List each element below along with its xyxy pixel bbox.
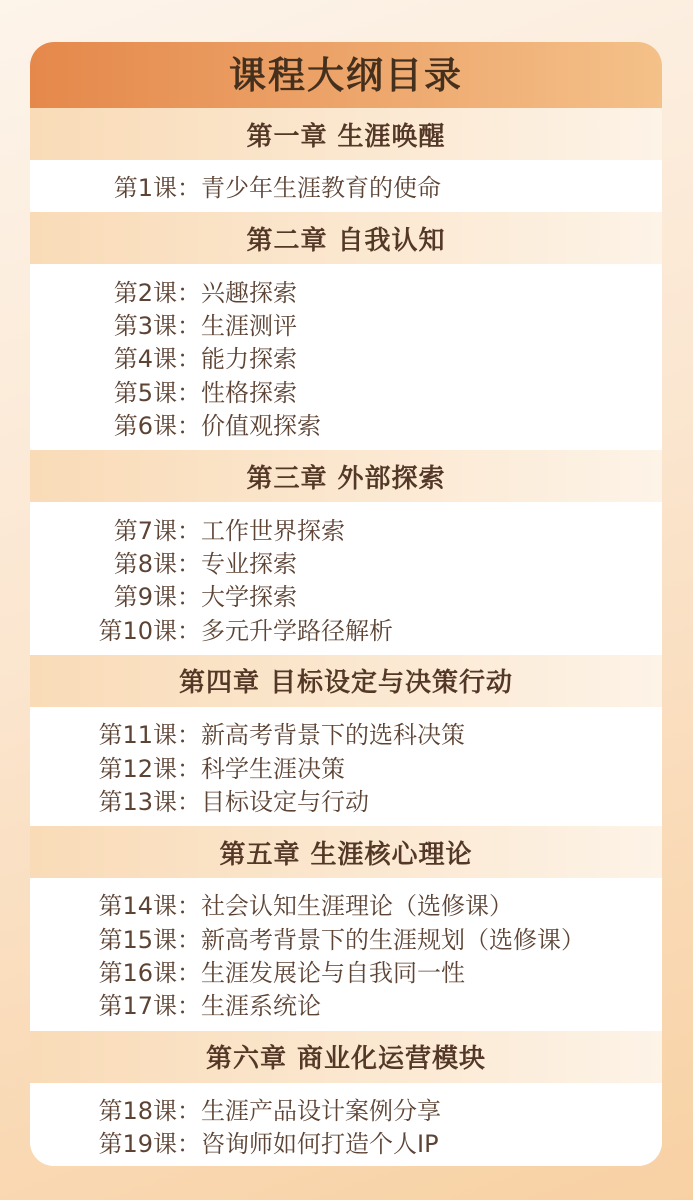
lesson-title: 科学生涯决策 [201, 749, 662, 784]
lesson-item: 第6课： 价值观探索 [30, 407, 662, 440]
lesson-title: 能力探索 [201, 339, 662, 374]
page-background: { "title": "课程大纲目录", "colors": { "page_b… [0, 0, 693, 1200]
lesson-title: 兴趣探索 [201, 273, 662, 308]
lesson-item: 第4课： 能力探索 [30, 340, 662, 373]
lesson-item: 第11课： 新高考背景下的选科决策 [30, 716, 662, 749]
lesson-item: 第9课： 大学探索 [30, 578, 662, 611]
lesson-title: 专业探索 [201, 544, 662, 579]
lesson-number: 第19课： [30, 1124, 201, 1159]
chapter-heading: 第一章 生涯唤醒 [30, 108, 662, 160]
lesson-item: 第13课： 目标设定与行动 [30, 783, 662, 816]
lesson-item: 第3课： 生涯测评 [30, 307, 662, 340]
card-title-banner: 课程大纲目录 [30, 42, 662, 108]
chapter-heading: 第六章 商业化运营模块 [30, 1031, 662, 1083]
lesson-number: 第6课： [30, 406, 201, 441]
chapter-section: 第三章 外部探索 第7课： 工作世界探索 第8课： 专业探索 第9课： 大学探索… [30, 450, 662, 655]
lesson-title: 生涯测评 [201, 306, 662, 341]
lesson-title: 性格探索 [201, 373, 662, 408]
chapter-section: 第五章 生涯核心理论 第14课： 社会认知生涯理论（选修课） 第15课： 新高考… [30, 826, 662, 1031]
lesson-list: 第18课： 生涯产品设计案例分享 第19课： 咨询师如何打造个人IP [30, 1083, 662, 1166]
lesson-item: 第15课： 新高考背景下的生涯规划（选修课） [30, 920, 662, 953]
lesson-number: 第12课： [30, 749, 201, 784]
chapter-list: 第一章 生涯唤醒 第1课： 青少年生涯教育的使命 第二章 自我认知 第2课： 兴… [30, 108, 662, 1166]
lesson-number: 第11课： [30, 715, 201, 750]
lesson-number: 第4课： [30, 339, 201, 374]
lesson-number: 第15课： [30, 920, 201, 955]
lesson-item: 第12课： 科学生涯决策 [30, 749, 662, 782]
lesson-number: 第13课： [30, 782, 201, 817]
chapter-heading: 第二章 自我认知 [30, 212, 662, 264]
lesson-number: 第7课： [30, 511, 201, 546]
chapter-heading: 第五章 生涯核心理论 [30, 826, 662, 878]
lesson-number: 第5课： [30, 373, 201, 408]
lesson-item: 第10课： 多元升学路径解析 [30, 612, 662, 645]
lesson-list: 第14课： 社会认知生涯理论（选修课） 第15课： 新高考背景下的生涯规划（选修… [30, 878, 662, 1031]
lesson-number: 第17课： [30, 986, 201, 1021]
lesson-title: 大学探索 [201, 577, 662, 612]
lesson-item: 第16课： 生涯发展论与自我同一性 [30, 954, 662, 987]
chapter-section: 第一章 生涯唤醒 第1课： 青少年生涯教育的使命 [30, 108, 662, 212]
lesson-item: 第7课： 工作世界探索 [30, 511, 662, 544]
lesson-title: 目标设定与行动 [201, 782, 662, 817]
lesson-title: 价值观探索 [201, 406, 662, 441]
lesson-item: 第2课： 兴趣探索 [30, 273, 662, 306]
chapter-section: 第四章 目标设定与决策行动 第11课： 新高考背景下的选科决策 第12课： 科学… [30, 655, 662, 826]
lesson-item: 第14课： 社会认知生涯理论（选修课） [30, 887, 662, 920]
lesson-number: 第8课： [30, 544, 201, 579]
chapter-heading: 第三章 外部探索 [30, 450, 662, 502]
lesson-title: 社会认知生涯理论（选修课） [201, 886, 662, 921]
lesson-title: 咨询师如何打造个人IP [201, 1124, 662, 1159]
lesson-number: 第1课： [30, 168, 201, 203]
lesson-number: 第3课： [30, 306, 201, 341]
lesson-item: 第1课： 青少年生涯教育的使命 [30, 169, 662, 202]
lesson-number: 第14课： [30, 886, 201, 921]
lesson-title: 多元升学路径解析 [201, 611, 662, 646]
lesson-item: 第18课： 生涯产品设计案例分享 [30, 1092, 662, 1125]
lesson-number: 第9课： [30, 577, 201, 612]
page-title: 课程大纲目录 [229, 57, 463, 94]
lesson-title: 生涯系统论 [201, 986, 662, 1021]
chapter-section: 第二章 自我认知 第2课： 兴趣探索 第3课： 生涯测评 第4课： 能力探索 第… [30, 212, 662, 450]
lesson-list: 第1课： 青少年生涯教育的使命 [30, 160, 662, 212]
lesson-item: 第5课： 性格探索 [30, 374, 662, 407]
course-outline-card: 课程大纲目录 第一章 生涯唤醒 第1课： 青少年生涯教育的使命 第二章 自我认知… [30, 42, 662, 1166]
lesson-item: 第8课： 专业探索 [30, 545, 662, 578]
lesson-list: 第2课： 兴趣探索 第3课： 生涯测评 第4课： 能力探索 第5课： 性格探索 … [30, 264, 662, 450]
lesson-number: 第10课： [30, 611, 201, 646]
chapter-section: 第六章 商业化运营模块 第18课： 生涯产品设计案例分享 第19课： 咨询师如何… [30, 1031, 662, 1166]
lesson-list: 第7课： 工作世界探索 第8课： 专业探索 第9课： 大学探索 第10课： 多元… [30, 502, 662, 655]
lesson-number: 第16课： [30, 953, 201, 988]
lesson-item: 第19课： 咨询师如何打造个人IP [30, 1125, 662, 1158]
lesson-title: 青少年生涯教育的使命 [201, 168, 662, 203]
lesson-list: 第11课： 新高考背景下的选科决策 第12课： 科学生涯决策 第13课： 目标设… [30, 707, 662, 826]
lesson-title: 新高考背景下的选科决策 [201, 715, 662, 750]
chapter-heading: 第四章 目标设定与决策行动 [30, 655, 662, 707]
lesson-title: 工作世界探索 [201, 511, 662, 546]
lesson-title: 生涯产品设计案例分享 [201, 1091, 662, 1126]
lesson-number: 第2课： [30, 273, 201, 308]
lesson-title: 生涯发展论与自我同一性 [201, 953, 662, 988]
lesson-item: 第17课： 生涯系统论 [30, 987, 662, 1020]
lesson-number: 第18课： [30, 1091, 201, 1126]
lesson-title: 新高考背景下的生涯规划（选修课） [201, 920, 662, 955]
